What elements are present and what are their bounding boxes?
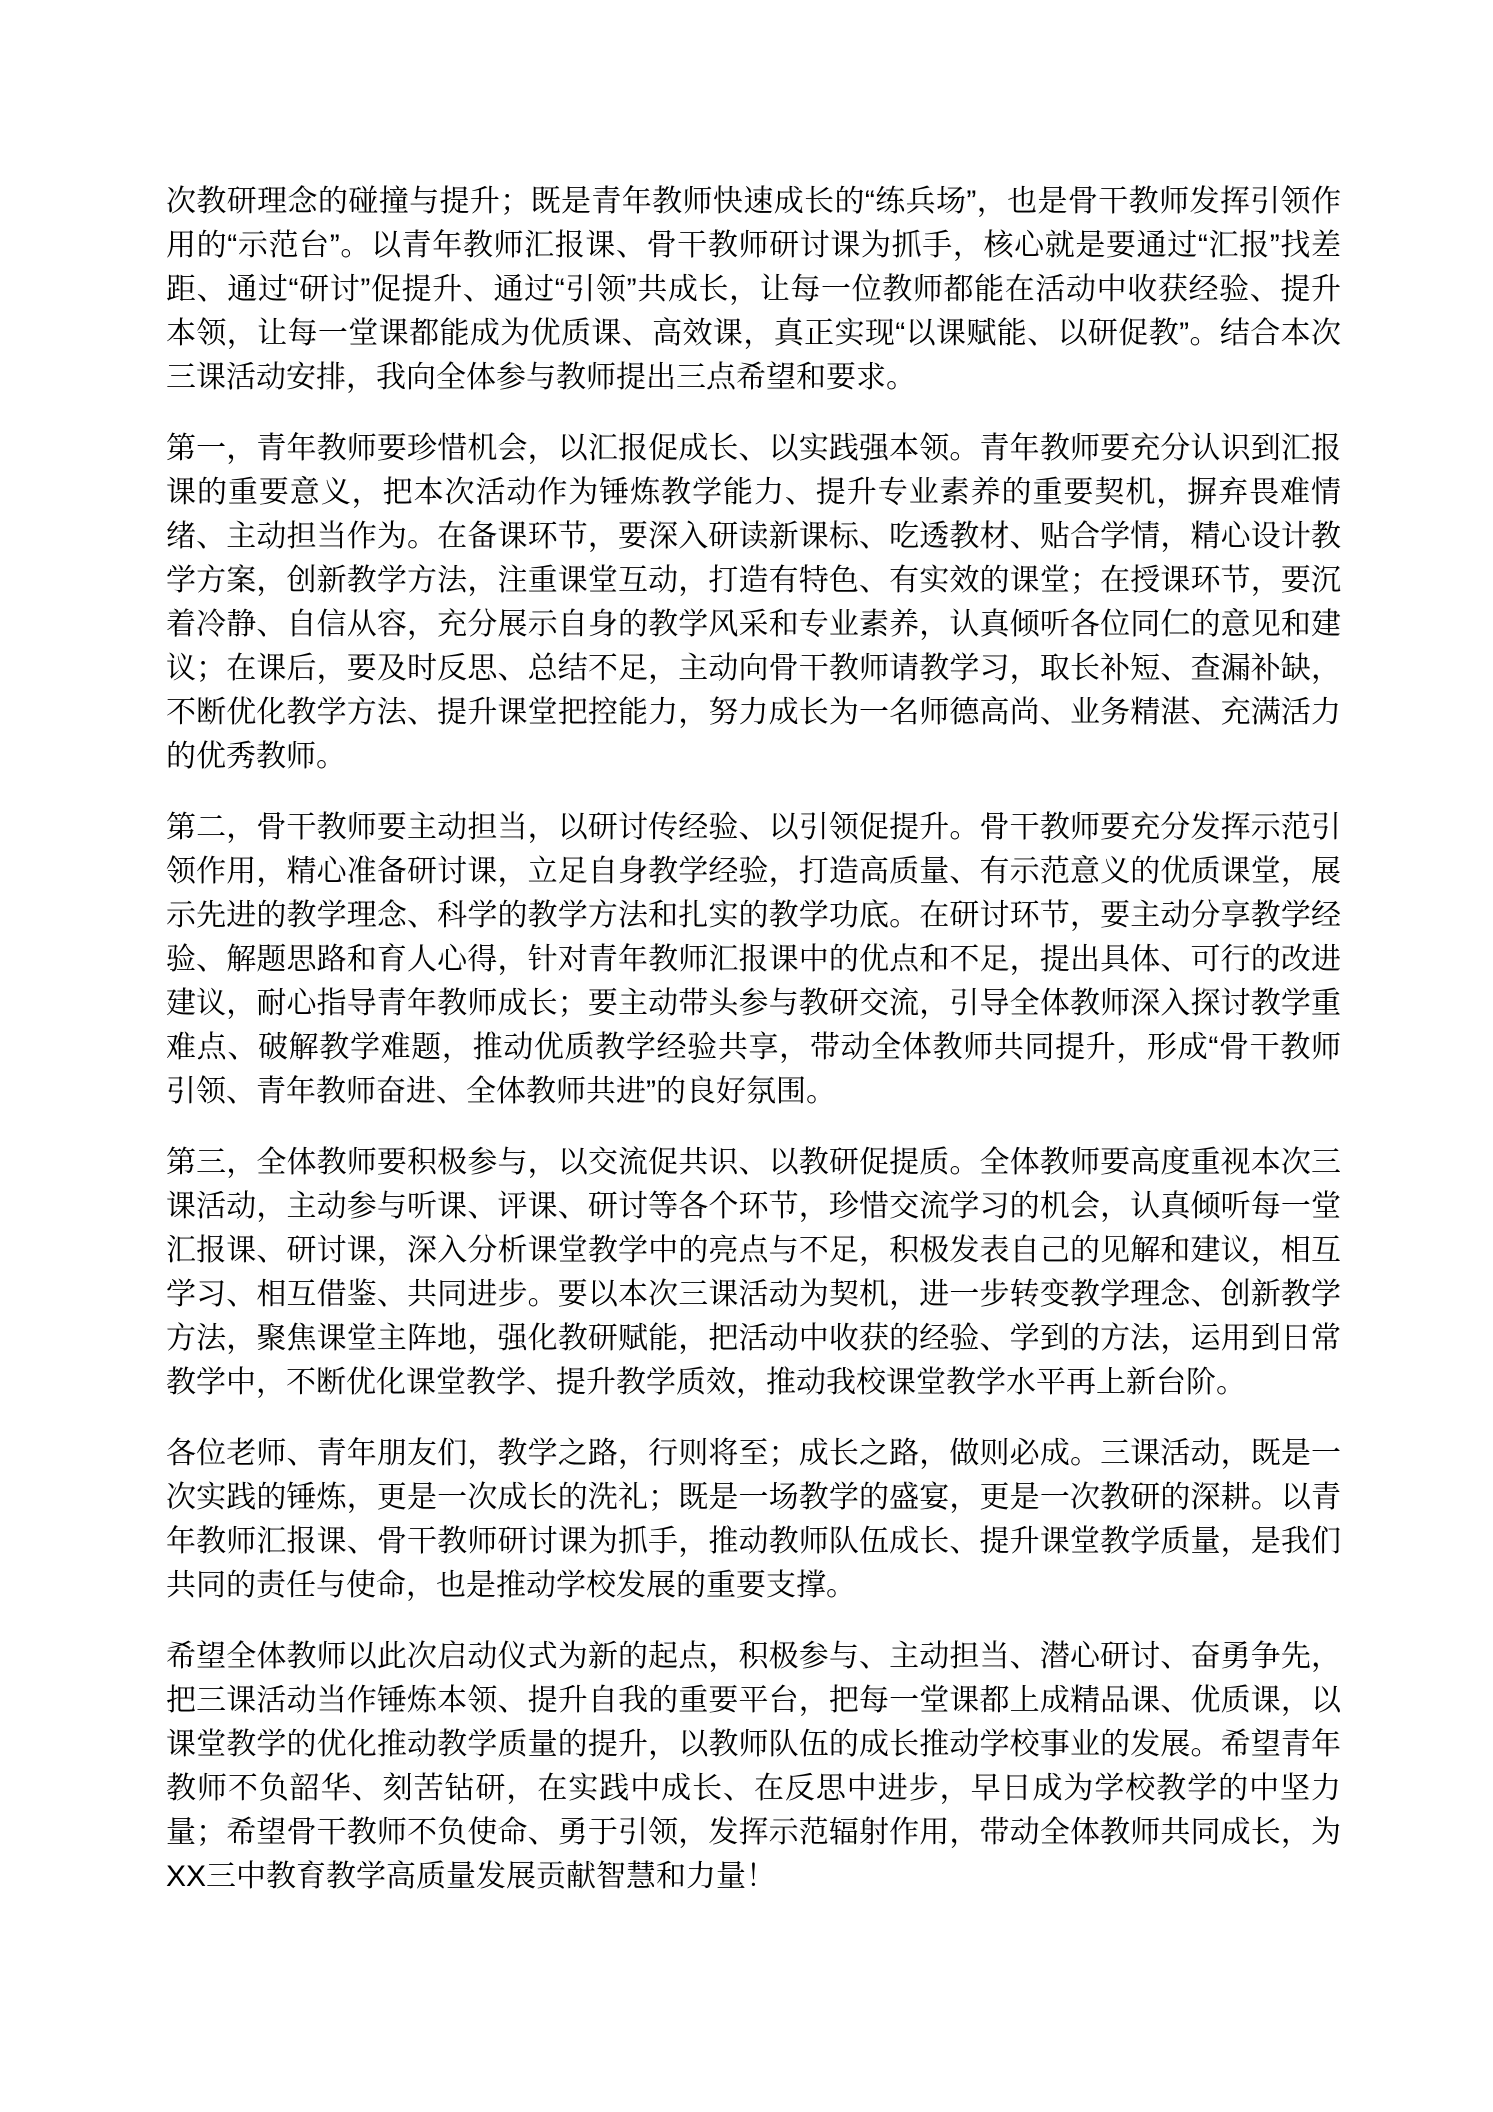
paragraph-intro: 次教研理念的碰撞与提升；既是青年教师快速成长的“练兵场”，也是骨干教师发挥引领作… — [166, 180, 1341, 400]
paragraph-point-two: 第二，骨干教师要主动担当，以研讨传经验、以引领促提升。骨干教师要充分发挥示范引领… — [166, 806, 1341, 1114]
document-body: 次教研理念的碰撞与提升；既是青年教师快速成长的“练兵场”，也是骨干教师发挥引领作… — [166, 180, 1341, 1899]
paragraph-address: 各位老师、青年朋友们，教学之路，行则将至；成长之路，做则必成。三课活动，既是一次… — [166, 1432, 1341, 1608]
document-page: 次教研理念的碰撞与提升；既是青年教师快速成长的“练兵场”，也是骨干教师发挥引领作… — [0, 0, 1493, 2112]
paragraph-point-one: 第一，青年教师要珍惜机会，以汇报促成长、以实践强本领。青年教师要充分认识到汇报课… — [166, 427, 1341, 779]
paragraph-closing: 希望全体教师以此次启动仪式为新的起点，积极参与、主动担当、潜心研讨、奋勇争先，把… — [166, 1635, 1341, 1899]
paragraph-point-three: 第三，全体教师要积极参与，以交流促共识、以教研促提质。全体教师要高度重视本次三课… — [166, 1141, 1341, 1405]
